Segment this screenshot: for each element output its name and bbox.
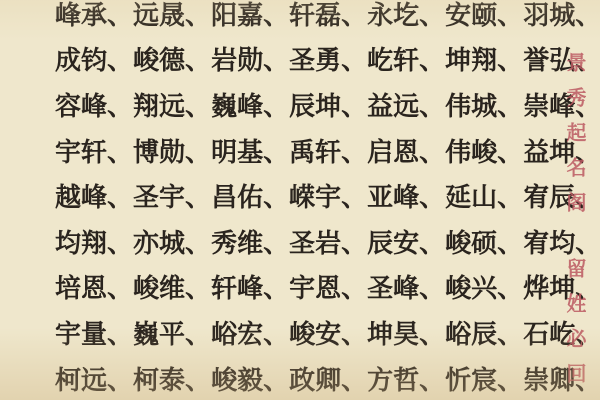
name-text: 轩磊 xyxy=(289,2,341,28)
name-item: 峻硕、 xyxy=(445,230,523,256)
name-item: 柯泰、 xyxy=(133,367,211,393)
name-separator: 、 xyxy=(107,93,133,119)
name-text: 伟峻 xyxy=(445,139,497,165)
name-text: 均翔 xyxy=(55,230,107,256)
name-text: 圣勇 xyxy=(289,47,341,73)
name-item: 誉弘、 xyxy=(523,47,600,73)
name-separator: 、 xyxy=(107,367,133,393)
name-item: 峪宏、 xyxy=(211,321,289,347)
name-separator: 、 xyxy=(263,321,289,347)
name-text: 坤昊 xyxy=(367,321,419,347)
name-item: 坤昊、 xyxy=(367,321,445,347)
name-item: 圣峰、 xyxy=(367,275,445,301)
name-text: 亚峰 xyxy=(367,184,419,210)
name-separator: 、 xyxy=(419,321,445,347)
name-item: 忻宸、 xyxy=(445,367,523,393)
name-separator: 、 xyxy=(497,2,523,28)
name-separator: 、 xyxy=(185,139,211,165)
name-item: 宥均、 xyxy=(523,230,600,256)
name-separator: 、 xyxy=(263,275,289,301)
name-separator: 、 xyxy=(497,93,523,119)
name-item: 峻维、 xyxy=(133,275,211,301)
name-row: 培恩、峻维、轩峰、宇恩、圣峰、峻兴、烨坤、 xyxy=(0,266,545,312)
name-separator: 、 xyxy=(185,367,211,393)
name-text: 辰坤 xyxy=(289,93,341,119)
name-separator: 、 xyxy=(185,184,211,210)
name-text: 延山 xyxy=(445,184,497,210)
name-item: 圣岩、 xyxy=(289,230,367,256)
name-separator: 、 xyxy=(341,93,367,119)
name-item: 峻毅、 xyxy=(211,367,289,393)
name-item: 禹轩、 xyxy=(289,139,367,165)
name-item: 政卿、 xyxy=(289,367,367,393)
name-text: 翔远 xyxy=(133,93,185,119)
name-separator: 、 xyxy=(419,275,445,301)
name-text: 峻维 xyxy=(133,275,185,301)
name-text: 培恩 xyxy=(55,275,107,301)
name-text: 方哲 xyxy=(367,367,419,393)
name-text: 坤翔 xyxy=(445,47,497,73)
name-text: 远晟 xyxy=(133,2,185,28)
name-item: 圣勇、 xyxy=(289,47,367,73)
name-text: 越峰 xyxy=(55,184,107,210)
name-item: 烨坤、 xyxy=(523,275,600,301)
name-separator: 、 xyxy=(263,47,289,73)
name-item: 柯远、 xyxy=(55,367,133,393)
name-text: 峻硕 xyxy=(445,230,497,256)
name-separator: 、 xyxy=(419,47,445,73)
name-item: 明基、 xyxy=(211,139,289,165)
name-item: 安颐、 xyxy=(445,2,523,28)
name-item: 培恩、 xyxy=(55,275,133,301)
name-item: 益坤、 xyxy=(523,139,600,165)
name-item: 巍峰、 xyxy=(211,93,289,119)
name-item: 圣宇、 xyxy=(133,184,211,210)
name-text: 忻宸 xyxy=(445,367,497,393)
name-row: 宇量、巍平、峪宏、峻安、坤昊、峪辰、石屹、 xyxy=(0,311,545,357)
name-text: 峪宏 xyxy=(211,321,263,347)
name-text: 峪辰 xyxy=(445,321,497,347)
name-item: 辰坤、 xyxy=(289,93,367,119)
name-text: 圣宇 xyxy=(133,184,185,210)
name-separator: 、 xyxy=(419,93,445,119)
name-separator: 、 xyxy=(107,184,133,210)
name-text: 亦城 xyxy=(133,230,185,256)
name-separator: 、 xyxy=(263,139,289,165)
name-item: 越峰、 xyxy=(55,184,133,210)
name-item: 亚峰、 xyxy=(367,184,445,210)
name-separator: 、 xyxy=(185,2,211,28)
name-text: 圣峰 xyxy=(367,275,419,301)
name-separator: 、 xyxy=(107,275,133,301)
name-item: 宥辰、 xyxy=(523,184,600,210)
name-item: 轩磊、 xyxy=(289,2,367,28)
watermark-studio-name: 景秀起名阁 xyxy=(564,52,584,227)
name-text: 峻毅 xyxy=(211,367,263,393)
name-text: 柯泰 xyxy=(133,367,185,393)
name-text: 容峰 xyxy=(55,93,107,119)
name-item: 博勋、 xyxy=(133,139,211,165)
name-separator: 、 xyxy=(185,275,211,301)
name-separator: 、 xyxy=(497,139,523,165)
name-separator: 、 xyxy=(263,93,289,119)
name-text: 屹轩 xyxy=(367,47,419,73)
name-item: 宇恩、 xyxy=(289,275,367,301)
name-item: 巍平、 xyxy=(133,321,211,347)
name-text: 阳嘉 xyxy=(211,2,263,28)
name-row: 均翔、亦城、秀维、圣岩、辰安、峻硕、宥均、 xyxy=(0,220,545,266)
name-item: 均翔、 xyxy=(55,230,133,256)
name-item: 益远、 xyxy=(367,93,445,119)
name-text: 峻安 xyxy=(289,321,341,347)
name-separator: 、 xyxy=(497,47,523,73)
name-separator: 、 xyxy=(419,2,445,28)
name-text: 安颐 xyxy=(445,2,497,28)
name-text: 羽城 xyxy=(523,2,575,28)
name-item: 永圪、 xyxy=(367,2,445,28)
name-separator: 、 xyxy=(419,367,445,393)
name-item: 岩勋、 xyxy=(211,47,289,73)
name-separator: 、 xyxy=(185,47,211,73)
name-separator: 、 xyxy=(497,275,523,301)
name-text: 禹轩 xyxy=(289,139,341,165)
name-separator: 、 xyxy=(341,367,367,393)
name-separator: 、 xyxy=(419,230,445,256)
name-text: 轩峰 xyxy=(211,275,263,301)
name-text: 益远 xyxy=(367,93,419,119)
name-item: 昌佑、 xyxy=(211,184,289,210)
name-separator: 、 xyxy=(185,93,211,119)
name-item: 容峰、 xyxy=(55,93,133,119)
name-text: 峻德 xyxy=(133,47,185,73)
name-separator: 、 xyxy=(575,2,600,28)
name-text: 宇量 xyxy=(55,321,107,347)
name-text: 宇轩 xyxy=(55,139,107,165)
name-separator: 、 xyxy=(341,321,367,347)
name-separator: 、 xyxy=(107,2,133,28)
name-separator: 、 xyxy=(341,2,367,28)
name-separator: 、 xyxy=(341,275,367,301)
name-text: 博勋 xyxy=(133,139,185,165)
name-separator: 、 xyxy=(341,230,367,256)
name-text: 永圪 xyxy=(367,2,419,28)
name-row: 柯远、柯泰、峻毅、政卿、方哲、忻宸、崇卿、 xyxy=(0,357,545,400)
name-item: 秀维、 xyxy=(211,230,289,256)
name-row: 容峰、翔远、巍峰、辰坤、益远、伟城、崇峰、 xyxy=(0,83,545,129)
name-text: 宥均 xyxy=(523,230,575,256)
name-separator: 、 xyxy=(263,230,289,256)
name-item: 坤翔、 xyxy=(445,47,523,73)
name-separator: 、 xyxy=(263,184,289,210)
watermark-note: 留姓必回 xyxy=(564,258,584,398)
name-item: 宇轩、 xyxy=(55,139,133,165)
name-separator: 、 xyxy=(341,139,367,165)
name-separator: 、 xyxy=(263,367,289,393)
name-separator: 、 xyxy=(341,184,367,210)
name-item: 屹轩、 xyxy=(367,47,445,73)
name-text: 峰承 xyxy=(55,2,107,28)
name-separator: 、 xyxy=(107,321,133,347)
name-item: 延山、 xyxy=(445,184,523,210)
name-separator: 、 xyxy=(341,47,367,73)
name-item: 伟峻、 xyxy=(445,139,523,165)
name-item: 羽城、 xyxy=(523,2,600,28)
name-item: 峻德、 xyxy=(133,47,211,73)
name-item: 崇卿、 xyxy=(523,367,600,393)
name-separator: 、 xyxy=(185,230,211,256)
name-item: 远晟、 xyxy=(133,2,211,28)
name-item: 崇峰、 xyxy=(523,93,600,119)
name-item: 亦城、 xyxy=(133,230,211,256)
name-text: 政卿 xyxy=(289,367,341,393)
name-separator: 、 xyxy=(497,367,523,393)
name-item: 伟城、 xyxy=(445,93,523,119)
name-text: 秀维 xyxy=(211,230,263,256)
name-row: 越峰、圣宇、昌佑、嵘宇、亚峰、延山、宥辰、 xyxy=(0,174,545,220)
name-item: 轩峰、 xyxy=(211,275,289,301)
name-text: 成钧 xyxy=(55,47,107,73)
name-item: 峻安、 xyxy=(289,321,367,347)
name-item: 成钧、 xyxy=(55,47,133,73)
name-text: 巍平 xyxy=(133,321,185,347)
name-separator: 、 xyxy=(185,321,211,347)
name-text: 柯远 xyxy=(55,367,107,393)
name-item: 方哲、 xyxy=(367,367,445,393)
name-row: 成钧、峻德、岩勋、圣勇、屹轩、坤翔、誉弘、 xyxy=(0,38,545,84)
name-text: 岩勋 xyxy=(211,47,263,73)
name-text: 巍峰 xyxy=(211,93,263,119)
name-row: 峰承、远晟、阳嘉、轩磊、永圪、安颐、羽城、 xyxy=(0,0,545,38)
name-item: 阳嘉、 xyxy=(211,2,289,28)
name-list: 峰承、远晟、阳嘉、轩磊、永圪、安颐、羽城、成钧、峻德、岩勋、圣勇、屹轩、坤翔、誉… xyxy=(0,0,545,400)
name-separator: 、 xyxy=(497,321,523,347)
name-item: 石屹、 xyxy=(523,321,600,347)
name-text: 昌佑 xyxy=(211,184,263,210)
name-text: 启恩 xyxy=(367,139,419,165)
name-item: 宇量、 xyxy=(55,321,133,347)
name-separator: 、 xyxy=(419,139,445,165)
name-item: 翔远、 xyxy=(133,93,211,119)
name-text: 伟城 xyxy=(445,93,497,119)
name-item: 启恩、 xyxy=(367,139,445,165)
name-separator: 、 xyxy=(107,230,133,256)
name-text: 嵘宇 xyxy=(289,184,341,210)
name-separator: 、 xyxy=(575,230,600,256)
name-text: 明基 xyxy=(211,139,263,165)
name-row: 宇轩、博勋、明基、禹轩、启恩、伟峻、益坤、 xyxy=(0,129,545,175)
name-separator: 、 xyxy=(497,230,523,256)
name-item: 嵘宇、 xyxy=(289,184,367,210)
name-text: 宇恩 xyxy=(289,275,341,301)
name-item: 峪辰、 xyxy=(445,321,523,347)
name-separator: 、 xyxy=(263,2,289,28)
paper-background: 峰承、远晟、阳嘉、轩磊、永圪、安颐、羽城、成钧、峻德、岩勋、圣勇、屹轩、坤翔、誉… xyxy=(0,0,600,400)
name-item: 辰安、 xyxy=(367,230,445,256)
name-item: 峻兴、 xyxy=(445,275,523,301)
name-separator: 、 xyxy=(497,184,523,210)
name-text: 峻兴 xyxy=(445,275,497,301)
name-text: 辰安 xyxy=(367,230,419,256)
name-separator: 、 xyxy=(107,47,133,73)
name-separator: 、 xyxy=(419,184,445,210)
name-separator: 、 xyxy=(107,139,133,165)
name-item: 峰承、 xyxy=(55,2,133,28)
name-text: 圣岩 xyxy=(289,230,341,256)
